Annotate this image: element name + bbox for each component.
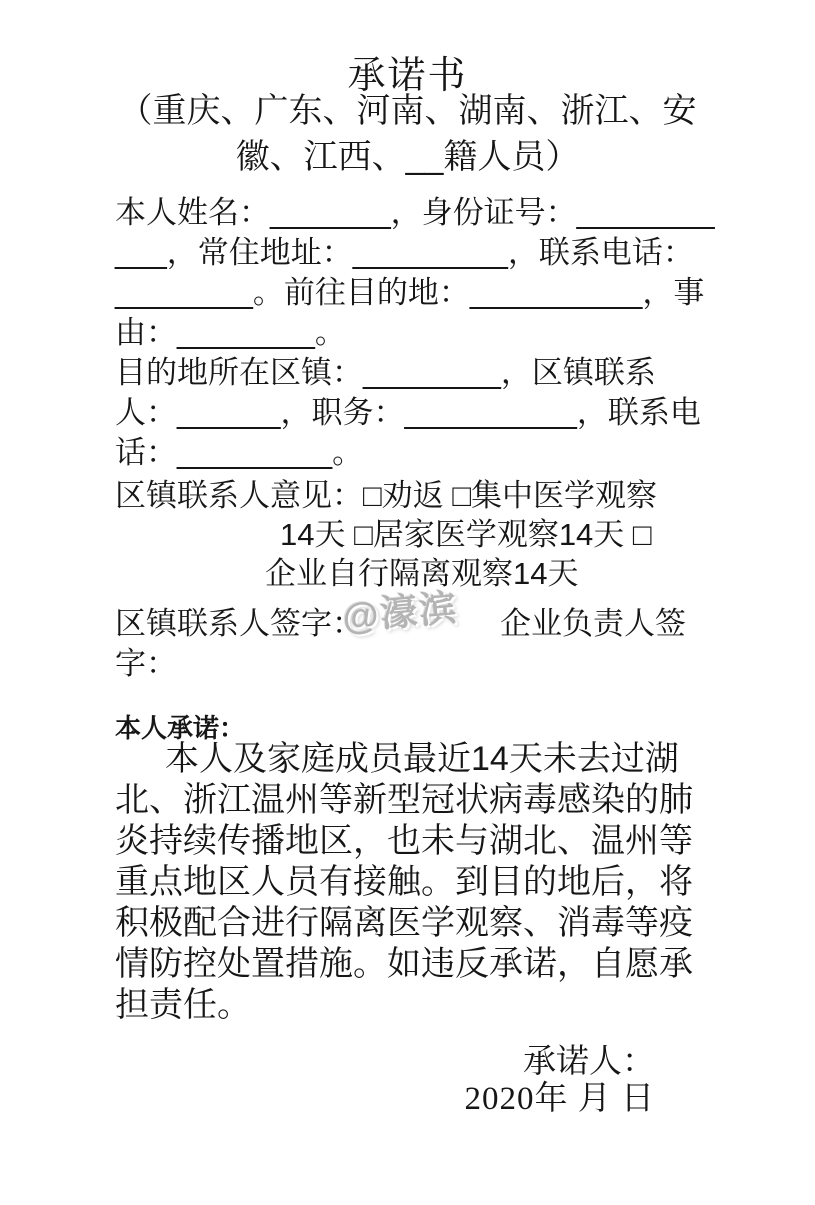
commitment-line-7: 担责任。 [115,985,693,1026]
town-contact-signature-label: 区镇联系人签字： [115,606,363,641]
commitment-line-5: 积极配合进行隔离医学观察、消毒等疫 [115,903,693,944]
contact-phone-line: 话：_________。 [115,433,701,473]
commitment-letter-document: 承诺书 （重庆、广东、河南、湖南、浙江、安 徽、江西、__籍人员） 本人姓名：_… [0,0,815,1205]
commitment-line-1: 本人及家庭成员最近14天未去过湖 [115,739,693,780]
commitment-line-4: 重点地区人员有接触。到目的地后，将 [115,862,693,903]
commitment-line-3: 炎持续传播地区，也未与湖北、温州等 [115,821,693,862]
personal-info-paragraph: 本人姓名：_______，身份证号：________ ___，常住地址：____… [115,193,715,353]
commitment-line-2: 北、浙江温州等新型冠状病毒感染的肺 [115,780,693,821]
promiser-label: 承诺人： [465,1042,656,1080]
district-town-line: 目的地所在区镇：________，区镇联系 [115,353,701,393]
reason-line: 由：________。 [115,313,715,353]
subtitle-line-2: 徽、江西、__籍人员） [0,134,815,180]
commitment-paragraph: 本人及家庭成员最近14天未去过湖 北、浙江温州等新型冠状病毒感染的肺 炎持续传播… [115,739,693,1026]
opinion-checkbox-line-1: 区镇联系人意见：□劝返 □集中医学观察 [115,476,657,515]
destination-contact-paragraph: 目的地所在区镇：________，区镇联系 人：______，职务：______… [115,353,701,473]
subtitle-line-1: （重庆、广东、河南、湖南、浙江、安 [0,88,815,134]
opinion-checkbox-line-2: 14天 □居家医学观察14天 □ [280,515,657,554]
haobin-watermark: @濠滨 [340,577,460,641]
company-signature-label-part-2: 字： [115,644,715,684]
contact-person-title-line: 人：______，职务：__________，联系电 [115,393,701,433]
commitment-line-6: 情防控处置措施。如违反承诺，自愿承 [115,944,693,985]
destination-line: ________。前往目的地：__________，事 [115,273,715,313]
contact-opinion-section: 区镇联系人意见：□劝返 □集中医学观察 14天 □居家医学观察14天 □ 企业自… [115,476,657,593]
footer-signature-block: 承诺人： 2020年 月 日 [465,1042,656,1118]
opinion-checkbox-line-3: 企业自行隔离观察14天 [265,554,657,593]
document-subtitle: （重庆、广东、河南、湖南、浙江、安 徽、江西、__籍人员） [0,88,815,180]
name-and-id-line: 本人姓名：_______，身份证号：________ [115,193,715,233]
date-line: 2020年 月 日 [465,1080,656,1118]
address-and-phone-line: ___，常住地址：_________，联系电话： [115,233,715,273]
company-signature-label-part-1: 企业负责人签 [500,604,686,644]
